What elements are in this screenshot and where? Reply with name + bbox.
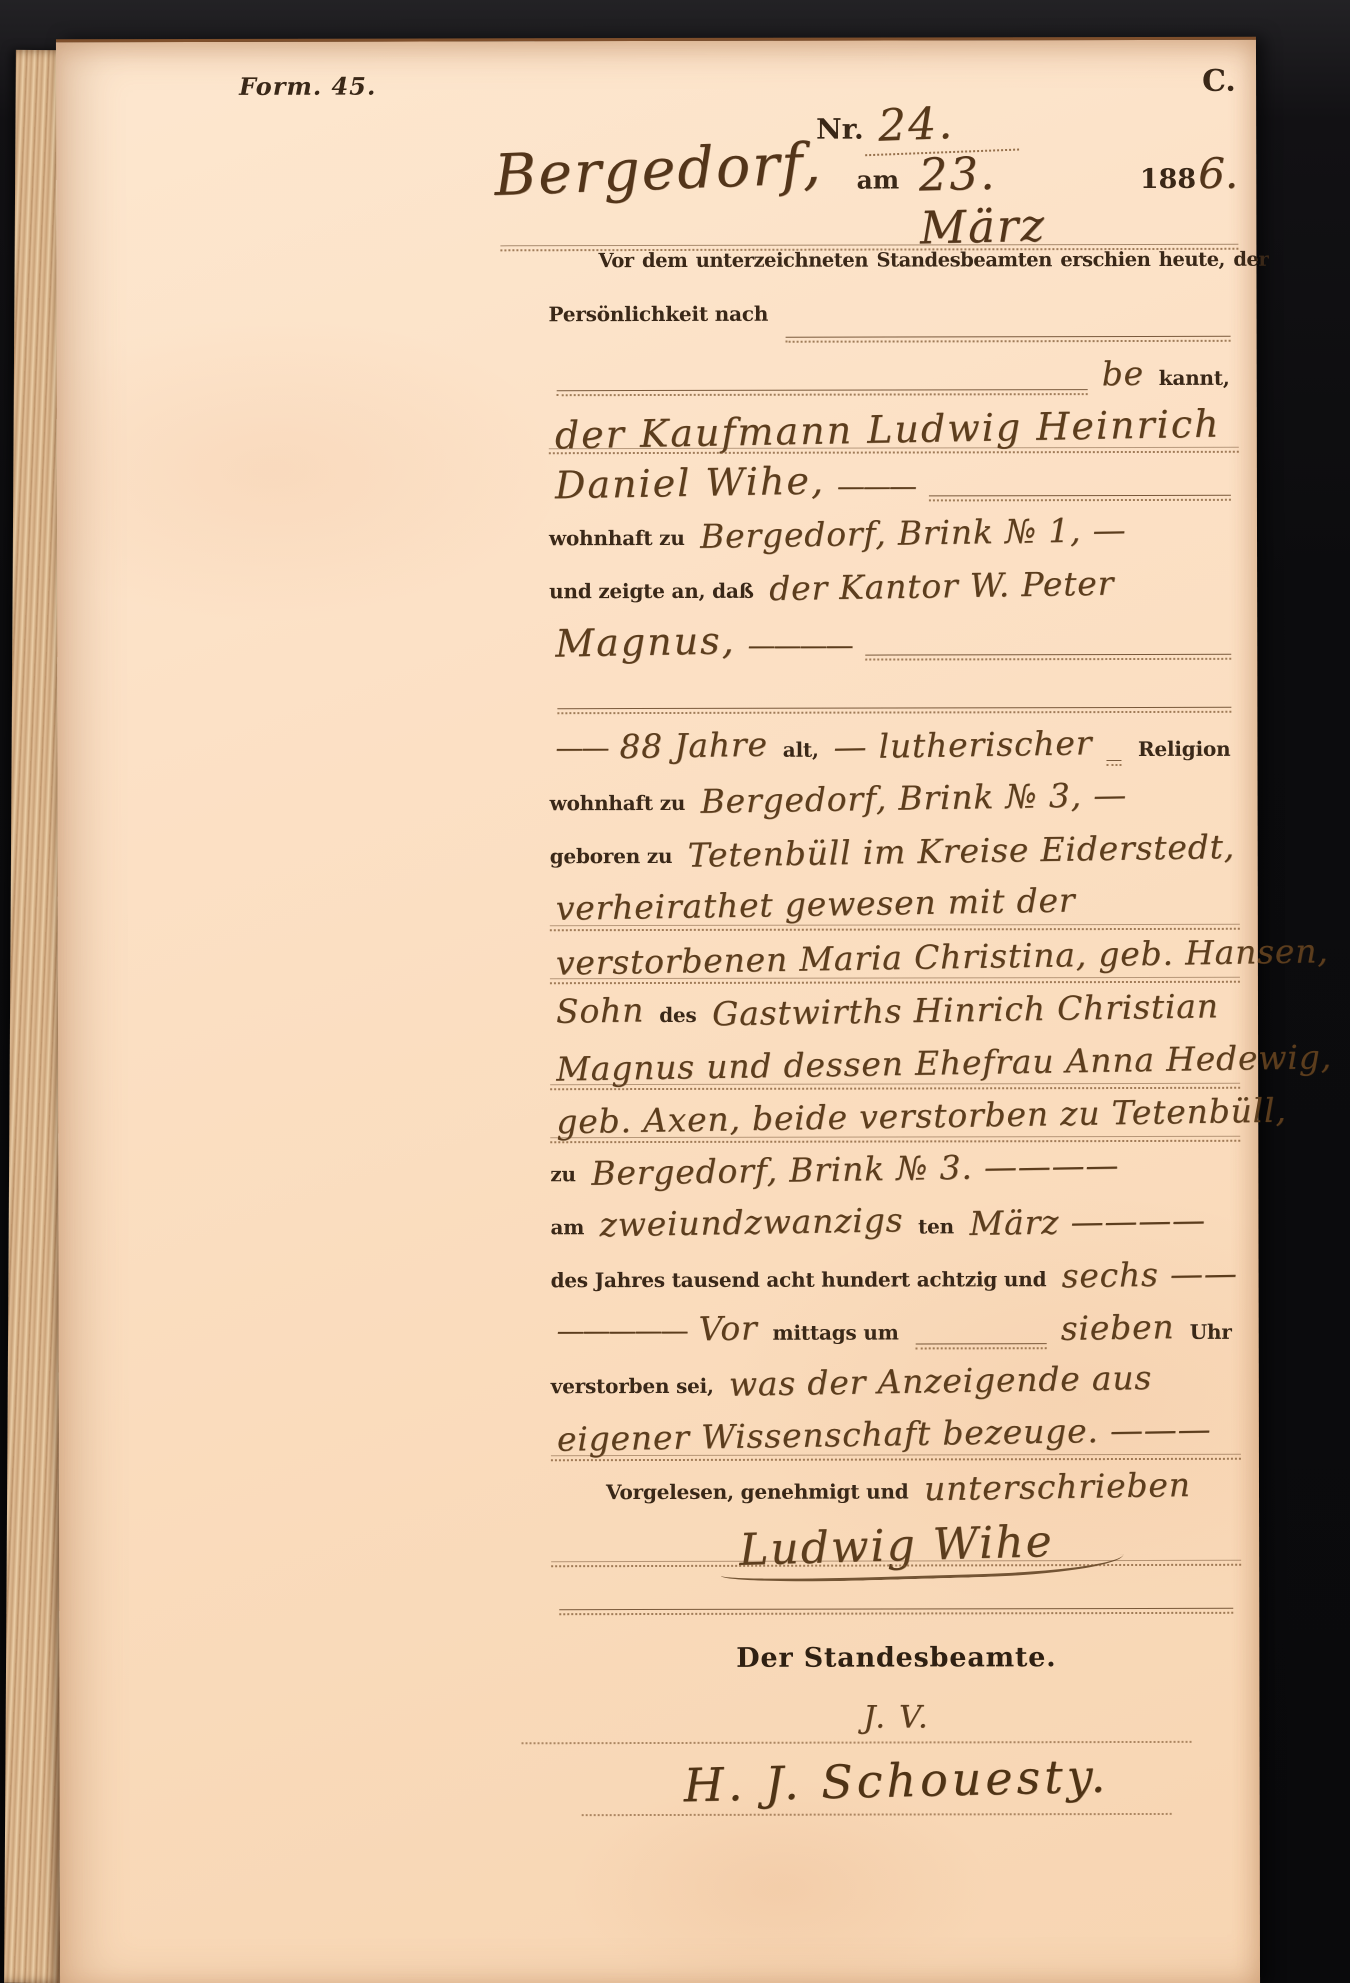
line-unterschrift-anzeigender: Ludwig Wihe: [551, 1520, 1241, 1574]
handwritten-dash: ———: [837, 469, 915, 502]
in-vertretung-handwritten: J. V.: [863, 1699, 930, 1735]
line-sterbejahr: des Jahres tausend acht hundert achtzig …: [551, 1255, 1241, 1309]
handwritten-entry: was der Anzeigende aus: [729, 1358, 1153, 1404]
handwritten-entry: Bergedorf, Brink № 3, —: [700, 775, 1127, 821]
deed-body: Vor dem unterzeichneten Standesbeamten e…: [548, 248, 1241, 1627]
handwritten-entry-large: Daniel Wihe,: [555, 459, 826, 508]
line-persoenlichkeit-nach: Persönlichkeit nach: [549, 301, 1239, 355]
blank-rule-line: [557, 707, 1231, 714]
printed-form-text: und zeigte an, daß: [549, 579, 754, 603]
line-anzeige: und zeigte an, daßder Kantor W. Peter: [549, 566, 1239, 620]
printed-form-text: wohnhaft zu: [549, 526, 685, 550]
printed-form-text: am: [550, 1215, 584, 1239]
registrar-signature-handwritten: H. J. Schouesty.: [683, 1749, 1110, 1813]
handwritten-entry: Bergedorf, Brink № 1, —: [699, 510, 1126, 556]
printed-form-text: mittags um: [773, 1320, 899, 1344]
handwritten-entry: be: [1101, 354, 1144, 394]
blank-rule-line: [929, 495, 1231, 502]
line-leerzeile-1: [549, 672, 1239, 726]
handwritten-entry-large: der Kaufmann Ludwig Heinrich: [554, 402, 1220, 458]
handwritten-entry: der Kantor W. Peter: [768, 564, 1114, 609]
printed-form-text: kannt,: [1159, 366, 1230, 390]
blank-rule-line: [557, 389, 1088, 396]
line-sterbezeit: —————Vormittags umsiebenUhr: [551, 1308, 1241, 1362]
printed-form-text: des: [659, 1003, 696, 1027]
line-bekannt: bekannt,: [549, 354, 1239, 408]
signature-text: Ludwig Wihe: [738, 1516, 1054, 1576]
handwritten-entry: Bergedorf, Brink № 3. ————: [591, 1145, 1119, 1192]
blank-rule-line: [785, 336, 1230, 343]
line-geburtsort: geboren zuTetenbüll im Kreise Eiderstedt…: [550, 831, 1240, 885]
dateline-date-handwritten: 23. März: [918, 144, 1115, 254]
blank-rule-line: [1107, 760, 1121, 766]
printed-form-text: Vor dem unterzeichneten Standesbeamten e…: [598, 248, 1268, 272]
handwritten-entry: geb. Axen, beide verstorben zu Tetenbüll…: [556, 1091, 1287, 1142]
line-leerzeile-2: [551, 1573, 1241, 1627]
printed-form-text: zu: [550, 1162, 576, 1186]
handwritten-entry: sieben: [1061, 1307, 1175, 1348]
registrar-title: Der Standesbeamte.: [551, 1642, 1241, 1674]
handwritten-entry: 88 Jahre: [619, 725, 768, 766]
line-intro: Vor dem unterzeichneten Standesbeamten e…: [548, 248, 1238, 302]
printed-form-text: verstorben sei,: [551, 1374, 714, 1398]
registrar-footer: Der Standesbeamte. J. V. H. J. Schouesty…: [551, 1642, 1241, 1816]
line-vorgelesen: Vorgelesen, genehmigt undunterschrieben: [551, 1467, 1241, 1521]
line-eltern-2: Magnus und dessen Ehefrau Anna Hedewig,: [550, 1043, 1240, 1097]
handwritten-entry: zweiundzwanzigs: [599, 1200, 904, 1244]
line-wissenschaft: eigener Wissenschaft bezeuge. ———: [551, 1414, 1241, 1468]
blank-rule-line: [916, 1343, 1047, 1349]
line-anzeigender-zeile-2: Daniel Wihe,———: [549, 460, 1239, 514]
blank-rule-line: [559, 1608, 1233, 1615]
printed-form-text: Persönlichkeit nach: [549, 302, 769, 326]
line-sterbetag: amzweiundzwanzigstenMärz ————: [550, 1202, 1240, 1256]
handwritten-entry: eigener Wissenschaft bezeuge. ———: [557, 1409, 1212, 1459]
line-anzeigender-zeile-1: der Kaufmann Ludwig Heinrich: [549, 407, 1239, 461]
line-alter-religion: ——88 Jahrealt,— lutherischerReligion: [549, 725, 1239, 779]
printed-form-text: alt,: [783, 738, 819, 762]
printed-form-text: ten: [918, 1214, 954, 1238]
handwritten-entry: Sohn: [556, 990, 645, 1030]
dateline-place-handwritten: Bergedorf,: [493, 131, 824, 209]
printed-form-text: Uhr: [1190, 1320, 1232, 1344]
line-verstorbener-name: Magnus,————: [549, 619, 1239, 673]
line-eltern-3: geb. Axen, beide verstorben zu Tetenbüll…: [550, 1096, 1240, 1150]
dateline-row: Bergedorf, am 23. März 188 6.: [494, 136, 1238, 254]
printed-form-text: Religion: [1138, 737, 1230, 761]
line-wohnort-verstorbener: wohnhaft zuBergedorf, Brink № 3, —: [550, 778, 1240, 832]
printed-form-text: des Jahres tausend acht hundert achtzig …: [551, 1267, 1047, 1292]
handwritten-entry: verheirathet gewesen mit der: [555, 881, 1075, 928]
line-ehestand-1: verheirathet gewesen mit der: [550, 884, 1240, 938]
handwritten-entry: Vor: [698, 1308, 757, 1348]
handwritten-dash: ——: [555, 731, 607, 764]
dateline-am-label: am: [857, 165, 900, 194]
line-eltern-1: SohndesGastwirths Hinrich Christian: [550, 990, 1240, 1044]
line-sterbeort: zuBergedorf, Brink № 3. ————: [550, 1149, 1240, 1203]
handwritten-entry: Tetenbüll im Kreise Eiderstedt,: [687, 827, 1235, 875]
handwritten-entry-large: Magnus,: [555, 618, 736, 665]
form-number-label: Form. 45.: [239, 72, 376, 101]
printed-form-text: Vorgelesen, genehmigt und: [606, 1479, 909, 1504]
handwritten-entry: sechs ——: [1061, 1254, 1238, 1296]
line-wohnort-anzeigender: wohnhaft zuBergedorf, Brink № 1, —: [549, 513, 1239, 567]
blank-rule-line: [866, 654, 1232, 661]
handwritten-entry: Magnus und dessen Ehefrau Anna Hedewig,: [556, 1037, 1332, 1088]
dateline-year-digit-handwritten: 6.: [1198, 149, 1238, 198]
dateline-year-printed: 188: [1140, 164, 1196, 195]
handwritten-entry: — lutherischer: [833, 723, 1092, 766]
handwritten-dash: —————: [557, 1314, 687, 1347]
document-page: Form. 45. C. Nr. 24. Bergedorf, am 23. M…: [56, 37, 1260, 1983]
scanned-death-record: { "palette": { "background": "#0e0e10", …: [0, 0, 1350, 1983]
in-vertretung-row: J. V.: [551, 1699, 1241, 1744]
line-ehestand-2: verstorbenen Maria Christina, geb. Hanse…: [550, 937, 1240, 991]
corner-letter: C.: [1202, 64, 1236, 99]
printed-form-text: wohnhaft zu: [550, 791, 686, 815]
handwritten-entry: Gastwirths Hinrich Christian: [711, 986, 1218, 1033]
printed-form-text: geboren zu: [550, 844, 673, 868]
line-verstorben-sei: verstorben sei,was der Anzeigende aus: [551, 1361, 1241, 1415]
handwritten-entry: März ————: [969, 1200, 1206, 1243]
handwritten-dash: ————: [748, 629, 852, 662]
registrar-signature-row: H. J. Schouesty.: [552, 1753, 1242, 1816]
handwritten-entry: verstorbenen Maria Christina, geb. Hanse…: [556, 931, 1329, 982]
handwritten-entry: unterschrieben: [923, 1465, 1190, 1508]
